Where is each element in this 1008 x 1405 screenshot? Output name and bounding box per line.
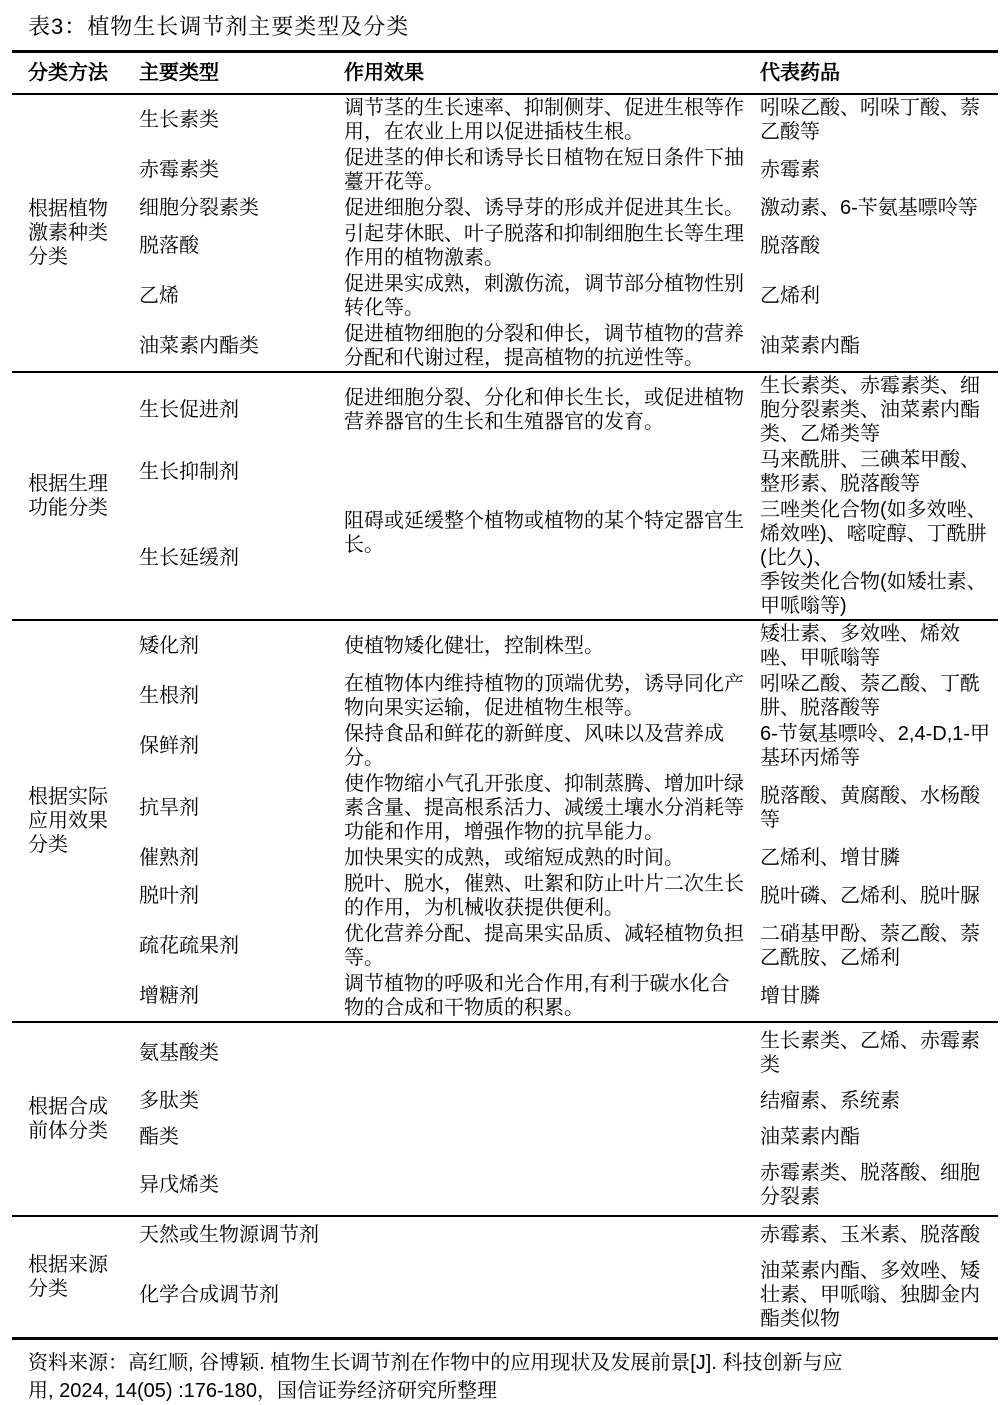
table-row: 生根剂 在植物体内维持植物的顶端优势，诱导同化产物向果实运输，促进植物生根等。 … (12, 671, 998, 721)
type-cell: 脱叶剂 (139, 871, 344, 921)
table-row: 疏花疏果剂 优化营养分配、提高果实品质、减轻植物负担等。 二硝基甲酚、萘乙酸、萘… (12, 921, 998, 971)
method-cell: 根据合成前体分类 (12, 1022, 139, 1216)
section-practical-effect: 根据实际应用效果分类 矮化剂 使植物矮化健壮，控制株型。 矮壮素、多效唑、烯效唑… (12, 620, 998, 1022)
effect-cell (344, 1155, 760, 1216)
drugs-cell: 赤霉素、玉米素、脱落酸 (760, 1216, 998, 1253)
effect-cell: 使植物矮化健壮，控制株型。 (344, 620, 760, 671)
type-cell: 酯类 (139, 1119, 344, 1155)
type-cell: 保鲜剂 (139, 721, 344, 771)
table-row: 多肽类 结瘤素、系统素 (12, 1083, 998, 1119)
drugs-cell: 脱叶磷、乙烯利、脱叶脲 (760, 871, 998, 921)
drugs-cell: 二硝基甲酚、萘乙酸、萘乙酰胺、乙烯利 (760, 921, 998, 971)
type-cell: 化学合成调节剂 (139, 1253, 344, 1339)
column-header-type: 主要类型 (139, 52, 344, 95)
table-row: 根据生理功能分类 生长促进剂 促进细胞分裂、分化和伸长生长，或促进植物营养器官的… (12, 372, 998, 447)
effect-cell (344, 1119, 760, 1155)
drugs-cell: 脱落酸 (760, 221, 998, 271)
drugs-cell: 赤霉素 (760, 145, 998, 195)
table-row: 异戊烯类 赤霉素类、脱落酸、细胞分裂素 (12, 1155, 998, 1216)
section-hormone-type: 根据植物激素种类分类 生长素类 调节茎的生长速率、抑制侧芽、促进生根等作用，在农… (12, 94, 998, 372)
table-row: 催熟剂 加快果实的成熟，或缩短成熟的时间。 乙烯利、增甘膦 (12, 845, 998, 871)
type-cell: 生长促进剂 (139, 372, 344, 447)
table-row: 抗旱剂 使作物缩小气孔开张度、抑制蒸腾、增加叶绿素含量、提高根系活力、减缓土壤水… (12, 771, 998, 845)
table-row: 根据来源分类 天然或生物源调节剂 赤霉素、玉米素、脱落酸 (12, 1216, 998, 1253)
section-physiological-function: 根据生理功能分类 生长促进剂 促进细胞分裂、分化和伸长生长，或促进植物营养器官的… (12, 372, 998, 620)
type-cell: 生根剂 (139, 671, 344, 721)
type-cell: 生长延缓剂 (139, 497, 344, 620)
drugs-cell: 脱落酸、黄腐酸、水杨酸等 (760, 771, 998, 845)
effect-cell (344, 1216, 760, 1253)
section-synthesis-precursor: 根据合成前体分类 氨基酸类 生长素类、乙烯、赤霉素类 多肽类 结瘤素、系统素 酯… (12, 1022, 998, 1216)
effect-cell: 脱叶、脱水，催熟、吐絮和防止叶片二次生长的作用，为机械收获提供便利。 (344, 871, 760, 921)
type-cell: 异戊烯类 (139, 1155, 344, 1216)
drugs-cell: 吲哚乙酸、吲哚丁酸、萘乙酸等 (760, 94, 998, 145)
header-row: 分类方法 主要类型 作用效果 代表药品 (12, 52, 998, 95)
column-header-drugs: 代表药品 (760, 52, 998, 95)
classification-table: 分类方法 主要类型 作用效果 代表药品 根据植物激素种类分类 生长素类 调节茎的… (12, 50, 998, 1340)
drugs-cell: 生长素类、赤霉素类、细胞分裂素类、油菜素内酯类、乙烯类等 (760, 372, 998, 447)
drugs-cell: 激动素、6-苄氨基嘌呤等 (760, 195, 998, 221)
type-cell: 乙烯 (139, 271, 344, 321)
effect-cell: 促进果实成熟，刺激伤流，调节部分植物性别转化等。 (344, 271, 760, 321)
drugs-cell: 增甘膦 (760, 971, 998, 1022)
type-cell: 催熟剂 (139, 845, 344, 871)
type-cell: 天然或生物源调节剂 (139, 1216, 344, 1253)
effect-cell: 保持食品和鲜花的新鲜度、风味以及营养成分。 (344, 721, 760, 771)
method-cell: 根据实际应用效果分类 (12, 620, 139, 1022)
drugs-cell: 乙烯利 (760, 271, 998, 321)
type-cell: 赤霉素类 (139, 145, 344, 195)
effect-cell (344, 1083, 760, 1119)
type-cell: 氨基酸类 (139, 1022, 344, 1083)
drugs-cell: 油菜素内酯、多效唑、矮壮素、甲哌嗡、独脚金内酯类似物 (760, 1253, 998, 1339)
drugs-line: 三唑类化合物(如多效唑、烯效唑)、嘧啶醇、丁酰肼(比久)、 (760, 498, 994, 570)
table-row: 酯类 油菜素内酯 (12, 1119, 998, 1155)
source-note: 资料来源：高红顺, 谷博颖. 植物生长调节剂在作物中的应用现状及发展前景[J].… (28, 1349, 858, 1405)
drugs-cell: 矮壮素、多效唑、烯效唑、甲哌嗡等 (760, 620, 998, 671)
table-row: 油菜素内酯类 促进植物细胞的分裂和伸长，调节植物的营养分配和代谢过程，提高植物的… (12, 321, 998, 372)
type-cell: 增糖剂 (139, 971, 344, 1022)
drugs-cell: 三唑类化合物(如多效唑、烯效唑)、嘧啶醇、丁酰肼(比久)、 季铵类化合物(如矮壮… (760, 497, 998, 620)
method-cell: 根据植物激素种类分类 (12, 94, 139, 372)
effect-cell: 调节植物的呼吸和光合作用,有利于碳水化合物的合成和干物质的积累。 (344, 971, 760, 1022)
table-row: 根据植物激素种类分类 生长素类 调节茎的生长速率、抑制侧芽、促进生根等作用，在农… (12, 94, 998, 145)
table-row: 细胞分裂素类 促进细胞分裂、诱导芽的形成并促进其生长。 激动素、6-苄氨基嘌呤等 (12, 195, 998, 221)
drugs-cell: 乙烯利、增甘膦 (760, 845, 998, 871)
type-cell: 生长素类 (139, 94, 344, 145)
effect-cell: 使作物缩小气孔开张度、抑制蒸腾、增加叶绿素含量、提高根系活力、减缓土壤水分消耗等… (344, 771, 760, 845)
type-cell: 疏花疏果剂 (139, 921, 344, 971)
drugs-cell: 油菜素内酯 (760, 1119, 998, 1155)
table-row: 化学合成调节剂 油菜素内酯、多效唑、矮壮素、甲哌嗡、独脚金内酯类似物 (12, 1253, 998, 1339)
effect-cell: 促进植物细胞的分裂和伸长，调节植物的营养分配和代谢过程，提高植物的抗逆性等。 (344, 321, 760, 372)
type-cell: 抗旱剂 (139, 771, 344, 845)
method-cell: 根据来源分类 (12, 1216, 139, 1339)
type-cell: 油菜素内酯类 (139, 321, 344, 372)
effect-cell: 促进茎的伸长和诱导长日植物在短日条件下抽薹开花等。 (344, 145, 760, 195)
table-row: 保鲜剂 保持食品和鲜花的新鲜度、风味以及营养成分。 6-节氨基嘌呤、2,4-D,… (12, 721, 998, 771)
effect-cell (344, 1253, 760, 1339)
effect-cell: 调节茎的生长速率、抑制侧芽、促进生根等作用，在农业上用以促进插枝生根。 (344, 94, 760, 145)
table-header: 分类方法 主要类型 作用效果 代表药品 (12, 52, 998, 95)
effect-cell (344, 1022, 760, 1083)
effect-cell: 引起芽休眠、叶子脱落和抑制细胞生长等生理作用的植物激素。 (344, 221, 760, 271)
drugs-cell: 吲哚乙酸、萘乙酸、丁酰肼、脱落酸等 (760, 671, 998, 721)
table-row: 脱落酸 引起芽休眠、叶子脱落和抑制细胞生长等生理作用的植物激素。 脱落酸 (12, 221, 998, 271)
column-header-effect: 作用效果 (344, 52, 760, 95)
effect-cell: 促进细胞分裂、诱导芽的形成并促进其生长。 (344, 195, 760, 221)
effect-cell: 阻碍或延缓整个植物或植物的某个特定器官生长。 (344, 447, 760, 620)
table-row: 增糖剂 调节植物的呼吸和光合作用,有利于碳水化合物的合成和干物质的积累。 增甘膦 (12, 971, 998, 1022)
type-cell: 多肽类 (139, 1083, 344, 1119)
table-row: 赤霉素类 促进茎的伸长和诱导长日植物在短日条件下抽薹开花等。 赤霉素 (12, 145, 998, 195)
section-origin: 根据来源分类 天然或生物源调节剂 赤霉素、玉米素、脱落酸 化学合成调节剂 油菜素… (12, 1216, 998, 1339)
table-row: 根据实际应用效果分类 矮化剂 使植物矮化健壮，控制株型。 矮壮素、多效唑、烯效唑… (12, 620, 998, 671)
drugs-cell: 6-节氨基嘌呤、2,4-D,1-甲基环丙烯等 (760, 721, 998, 771)
page-title: 表3：植物生长调节剂主要类型及分类 (28, 14, 998, 40)
drugs-cell: 结瘤素、系统素 (760, 1083, 998, 1119)
drugs-cell: 生长素类、乙烯、赤霉素类 (760, 1022, 998, 1083)
document-page: 表3：植物生长调节剂主要类型及分类 分类方法 主要类型 作用效果 代表药品 根据… (0, 0, 1008, 1405)
table-row: 生长抑制剂 阻碍或延缓整个植物或植物的某个特定器官生长。 马来酰肼、三碘苯甲酸、… (12, 447, 998, 497)
drugs-cell: 马来酰肼、三碘苯甲酸、整形素、脱落酸等 (760, 447, 998, 497)
drugs-cell: 赤霉素类、脱落酸、细胞分裂素 (760, 1155, 998, 1216)
table-row: 乙烯 促进果实成熟，刺激伤流，调节部分植物性别转化等。 乙烯利 (12, 271, 998, 321)
table-row: 根据合成前体分类 氨基酸类 生长素类、乙烯、赤霉素类 (12, 1022, 998, 1083)
effect-cell: 加快果实的成熟，或缩短成熟的时间。 (344, 845, 760, 871)
effect-cell: 促进细胞分裂、分化和伸长生长，或促进植物营养器官的生长和生殖器官的发育。 (344, 372, 760, 447)
column-header-method: 分类方法 (12, 52, 139, 95)
drugs-cell: 油菜素内酯 (760, 321, 998, 372)
type-cell: 矮化剂 (139, 620, 344, 671)
type-cell: 细胞分裂素类 (139, 195, 344, 221)
type-cell: 生长抑制剂 (139, 447, 344, 497)
method-cell: 根据生理功能分类 (12, 372, 139, 620)
effect-cell: 在植物体内维持植物的顶端优势，诱导同化产物向果实运输，促进植物生根等。 (344, 671, 760, 721)
type-cell: 脱落酸 (139, 221, 344, 271)
table-row: 脱叶剂 脱叶、脱水，催熟、吐絮和防止叶片二次生长的作用，为机械收获提供便利。 脱… (12, 871, 998, 921)
drugs-line: 季铵类化合物(如矮壮素、甲哌嗡等) (760, 570, 994, 618)
effect-cell: 优化营养分配、提高果实品质、减轻植物负担等。 (344, 921, 760, 971)
